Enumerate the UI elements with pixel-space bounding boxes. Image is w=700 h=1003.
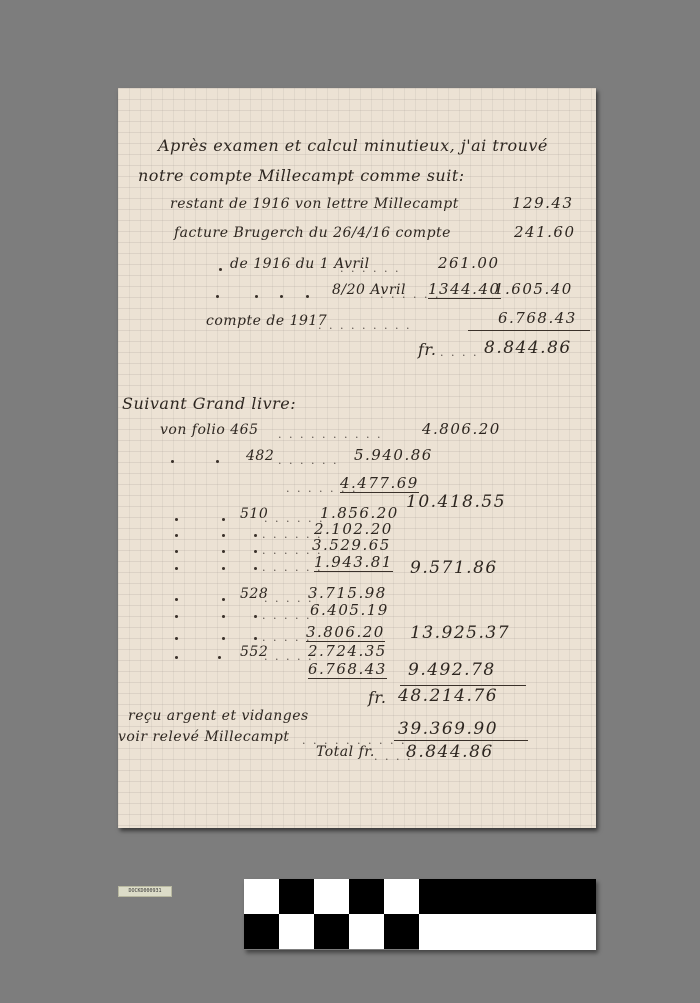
intro-line-2: notre compte Millecampt comme suit:	[138, 166, 465, 185]
archive-label-strip: DOCKD000931	[118, 886, 172, 897]
s2-row-1-sub: 5.940.86	[354, 446, 433, 464]
s2-row-2-amount: 10.418.55	[406, 492, 506, 512]
s2-row-10-sub: 2.724.35	[308, 642, 387, 660]
s2-row-7-sub: 3.715.98	[308, 584, 387, 602]
closing-line-2: voir relevé Millecampt	[118, 729, 289, 745]
s2-total-amount: 48.214.76	[398, 686, 498, 706]
s2-row-11-sub: 6.768.43	[308, 660, 387, 679]
section-2-heading: Suivant Grand livre:	[122, 394, 296, 413]
final-label: Total fr.	[316, 744, 375, 760]
s1-row-0-label: restant de 1916 von lettre Millecampt	[170, 196, 459, 212]
s2-row-1-label: 482	[246, 448, 274, 464]
s2-row-11-amount: 9.492.78	[408, 660, 496, 680]
intro-line-1: Après examen et calcul minutieux, j'ai t…	[158, 136, 548, 155]
s2-row-2-sub: 4.477.69	[340, 474, 419, 493]
s2-row-6-sub: 1.943.81	[314, 553, 393, 572]
s2-row-0-amount: 4.806.20	[422, 420, 501, 438]
s1-row-4-amount: 6.768.43	[498, 309, 577, 327]
ledger-sheet: Après examen et calcul minutieux, j'ai t…	[118, 88, 596, 828]
s2-row-6-amount: 9.571.86	[410, 558, 498, 578]
s2-total-label: fr.	[368, 688, 386, 707]
s2-row-0-label: von folio 465	[160, 422, 258, 438]
s1-row-2-sub: 261.00	[438, 254, 500, 272]
s1-row-1-label: facture Brugerch du 26/4/16 compte	[174, 225, 451, 241]
s1-row-3-sub: 1344.40	[428, 280, 501, 299]
final-amount: 8.844.86	[406, 742, 494, 762]
closing-amount: 39.369.90	[398, 719, 498, 739]
s1-total-label: fr.	[418, 340, 436, 359]
s2-row-9-amount: 13.925.37	[410, 623, 510, 643]
s2-row-5-sub: 3.529.65	[312, 536, 391, 554]
s1-row-3-amount: 1.605.40	[494, 280, 573, 298]
s1-row-1-amount: 241.60	[514, 223, 576, 241]
closing-line-1: reçu argent et vidanges	[128, 708, 309, 724]
s2-row-9-sub: 3.806.20	[306, 623, 385, 642]
color-reference-scale	[244, 879, 596, 950]
s2-row-8-sub: 6.405.19	[310, 601, 389, 619]
s1-row-4-label: compte de 1917	[206, 313, 327, 329]
s1-row-0-amount: 129.43	[512, 194, 574, 212]
s1-total-amount: 8.844.86	[484, 338, 572, 358]
